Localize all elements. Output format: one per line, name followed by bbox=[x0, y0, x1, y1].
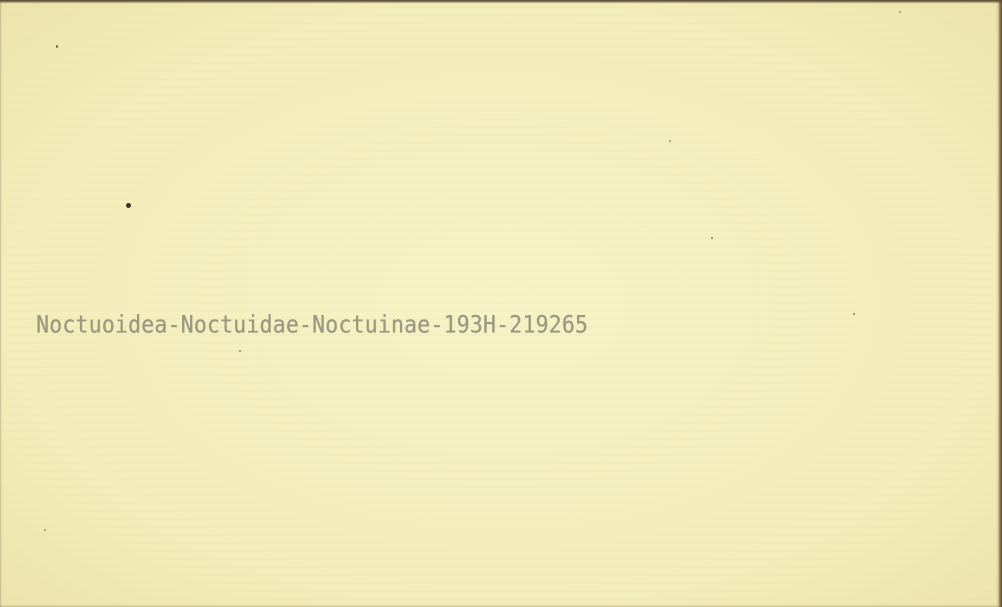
ink-speck bbox=[56, 45, 58, 48]
ink-speck bbox=[853, 313, 855, 315]
ink-speck bbox=[44, 529, 46, 531]
ink-speck bbox=[239, 350, 241, 352]
ink-speck bbox=[711, 237, 713, 239]
card-right-edge bbox=[998, 0, 1002, 607]
card-top-edge bbox=[0, 0, 1002, 3]
ink-speck bbox=[899, 11, 901, 13]
ink-speck bbox=[126, 203, 131, 208]
taxonomy-label: Noctuoidea-Noctuidae-Noctuinae-193H-2192… bbox=[36, 311, 588, 339]
ink-speck bbox=[669, 140, 671, 142]
index-card: Noctuoidea-Noctuidae-Noctuinae-193H-2192… bbox=[0, 0, 1002, 607]
